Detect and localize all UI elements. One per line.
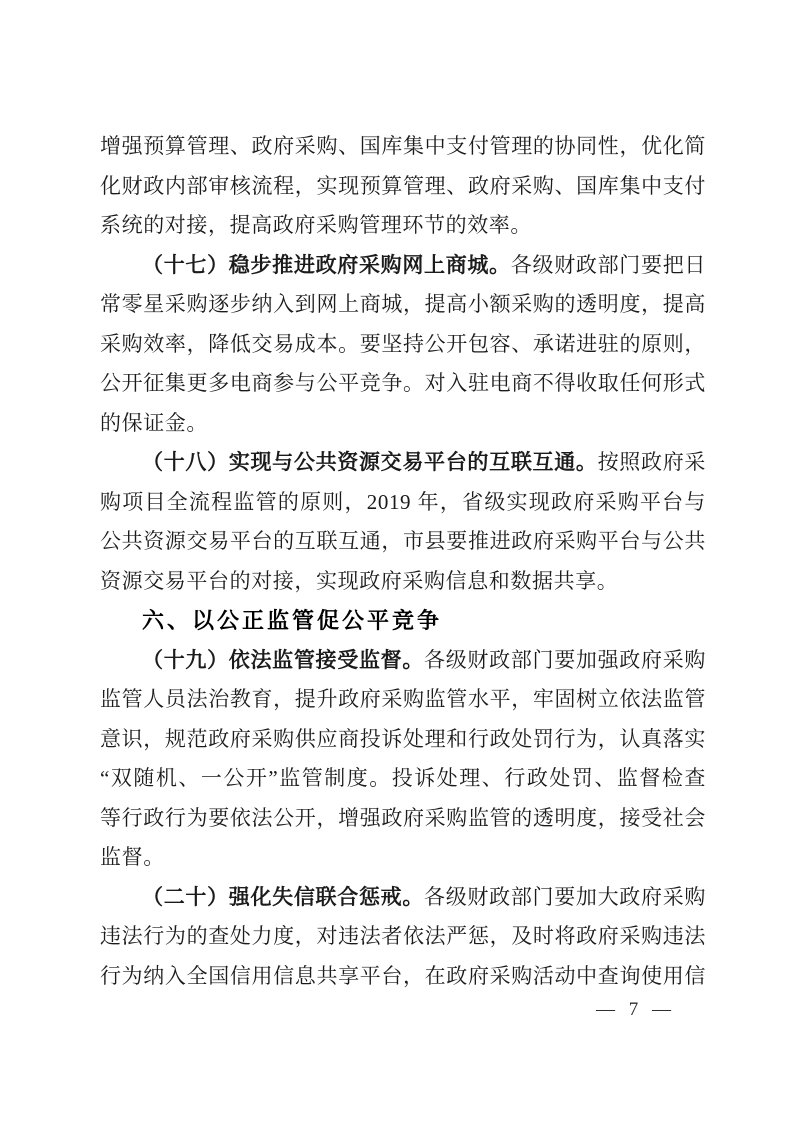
item-lead-label: （二十）强化失信联合惩戒。 [142, 885, 424, 909]
paragraph-first-line: （十九）依法监管接受监督。各级财政部门要加强政府采购 [100, 641, 706, 681]
section-heading: 六、以公正监管促公平竞争 [100, 601, 706, 641]
line-text: 公共资源交易平台的互联互通，市县要推进政府采购平台与公共 [100, 529, 706, 553]
item-lead-label: （十九）依法监管接受监督。 [142, 648, 424, 672]
item-lead-label: （十八）实现与公共资源交易平台的互联互通。 [142, 450, 598, 474]
line-text: 购项目全流程监管的原则，2019 年，省级实现政府采购平台与 [100, 490, 706, 514]
text-line: 系统的对接，提高政府采购管理环节的效率。 [100, 206, 706, 246]
text-line: 采购效率，降低交易成本。要坚持公开包容、承诺进驻的原则， [100, 325, 706, 365]
text-line: 公开征集更多电商参与公平竞争。对入驻电商不得收取任何形式 [100, 364, 706, 404]
page-number: — 7 — [0, 999, 672, 1021]
text-line: 监督。 [100, 838, 706, 878]
line-text: 行为纳入全国信用信息共享平台，在政府采购活动中查询使用信 [100, 964, 706, 988]
line-text: 意识，规范政府采购供应商投诉处理和行政处罚行为，认真落实 [100, 727, 706, 751]
text-line: 意识，规范政府采购供应商投诉处理和行政处罚行为，认真落实 [100, 720, 706, 760]
text-line: 的保证金。 [100, 404, 706, 444]
line-text: 违法行为的查处力度，对违法者依法严惩，及时将政府采购违法 [100, 924, 706, 948]
section-heading-text: 六、以公正监管促公平竞争 [142, 608, 442, 633]
line-text: 各级财政部门要加强政府采购 [424, 648, 706, 672]
paragraph-first-line: （十八）实现与公共资源交易平台的互联互通。按照政府采 [100, 443, 706, 483]
line-text: 的保证金。 [100, 411, 208, 435]
document-page: 增强预算管理、政府采购、国库集中支付管理的协同性，优化简 化财政内部审核流程，实… [0, 0, 793, 1122]
line-text: 监管人员法治教育，提升政府采购监管水平，牢固树立依法监管 [100, 687, 706, 711]
line-text: 监督。 [100, 845, 165, 869]
text-line: 常零星采购逐步纳入到网上商城，提高小额采购的透明度，提高 [100, 285, 706, 325]
paragraph-first-line: （二十）强化失信联合惩戒。各级财政部门要加大政府采购 [100, 878, 706, 918]
text-line: “双随机、一公开”监管制度。投诉处理、行政处罚、监督检查 [100, 759, 706, 799]
line-text: “双随机、一公开”监管制度。投诉处理、行政处罚、监督检查 [100, 766, 706, 790]
text-line: 购项目全流程监管的原则，2019 年，省级实现政府采购平台与 [100, 483, 706, 523]
line-text: 化财政内部审核流程，实现预算管理、政府采购、国库集中支付 [100, 174, 706, 198]
line-text: 各级财政部门要加大政府采购 [424, 885, 706, 909]
line-text: 各级财政部门要把日 [511, 253, 706, 277]
line-text: 常零星采购逐步纳入到网上商城，提高小额采购的透明度，提高 [100, 292, 706, 316]
line-text: 增强预算管理、政府采购、国库集中支付管理的协同性，优化简 [100, 134, 706, 158]
text-line: 资源交易平台的对接，实现政府采购信息和数据共享。 [100, 562, 706, 602]
item-lead-label: （十七）稳步推进政府采购网上商城。 [142, 253, 511, 277]
line-text: 按照政府采 [598, 450, 706, 474]
text-line: 行为纳入全国信用信息共享平台，在政府采购活动中查询使用信 [100, 957, 706, 997]
line-text: 公开征集更多电商参与公平竞争。对入驻电商不得收取任何形式 [100, 371, 706, 395]
paragraph-first-line: （十七）稳步推进政府采购网上商城。各级财政部门要把日 [100, 246, 706, 286]
line-text: 等行政行为要依法公开，增强政府采购监管的透明度，接受社会 [100, 806, 706, 830]
text-line: 公共资源交易平台的互联互通，市县要推进政府采购平台与公共 [100, 522, 706, 562]
text-line: 等行政行为要依法公开，增强政府采购监管的透明度，接受社会 [100, 799, 706, 839]
text-line: 增强预算管理、政府采购、国库集中支付管理的协同性，优化简 [100, 127, 706, 167]
document-body: 增强预算管理、政府采购、国库集中支付管理的协同性，优化简 化财政内部审核流程，实… [100, 127, 706, 996]
line-text: 采购效率，降低交易成本。要坚持公开包容、承诺进驻的原则， [100, 332, 706, 356]
line-text: 系统的对接，提高政府采购管理环节的效率。 [100, 213, 532, 237]
text-line: 监管人员法治教育，提升政府采购监管水平，牢固树立依法监管 [100, 680, 706, 720]
text-line: 违法行为的查处力度，对违法者依法严惩，及时将政府采购违法 [100, 917, 706, 957]
text-line: 化财政内部审核流程，实现预算管理、政府采购、国库集中支付 [100, 167, 706, 207]
line-text: 资源交易平台的对接，实现政府采购信息和数据共享。 [100, 569, 618, 593]
